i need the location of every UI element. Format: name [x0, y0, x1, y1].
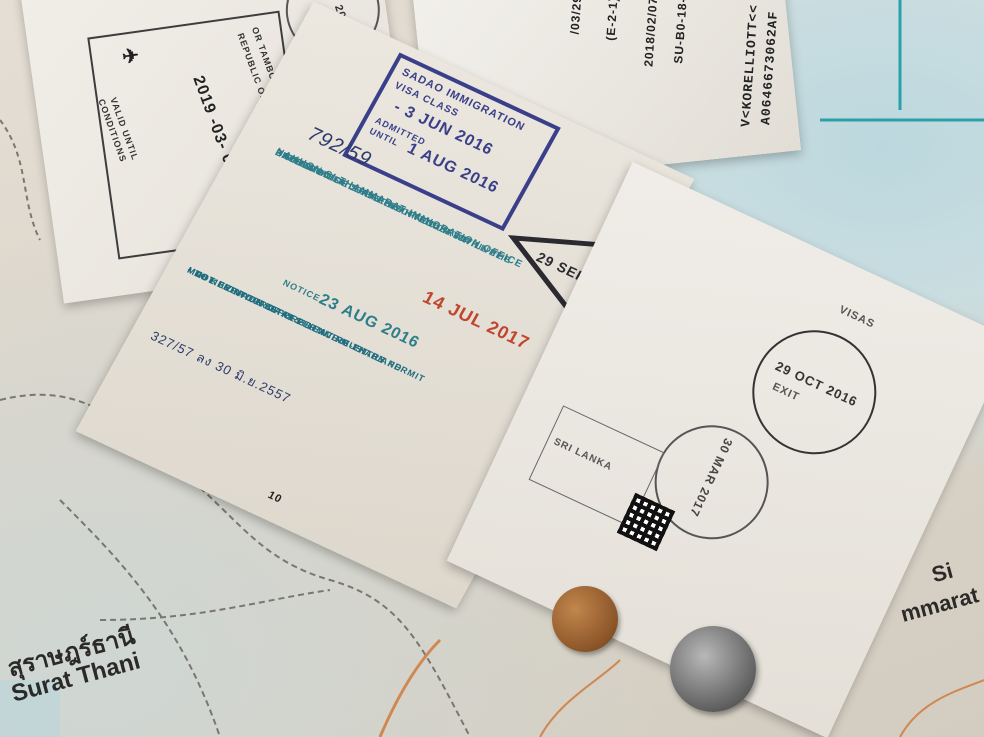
photo-scene: สุราษฎร์ธานี Surat Thani Si mmarat ✈ OR …: [0, 0, 984, 737]
visas-header: VISAS: [837, 304, 877, 331]
mrz-line-2: A0646673062AF: [758, 10, 781, 125]
airplane-icon: ✈: [121, 43, 142, 70]
copper-coin: [552, 586, 618, 652]
thai-handwritten-line: 327/57 ลง 30 มิ.ย.2557: [147, 326, 296, 409]
page-number-left: 10: [266, 489, 285, 506]
silver-coin: [670, 626, 756, 712]
